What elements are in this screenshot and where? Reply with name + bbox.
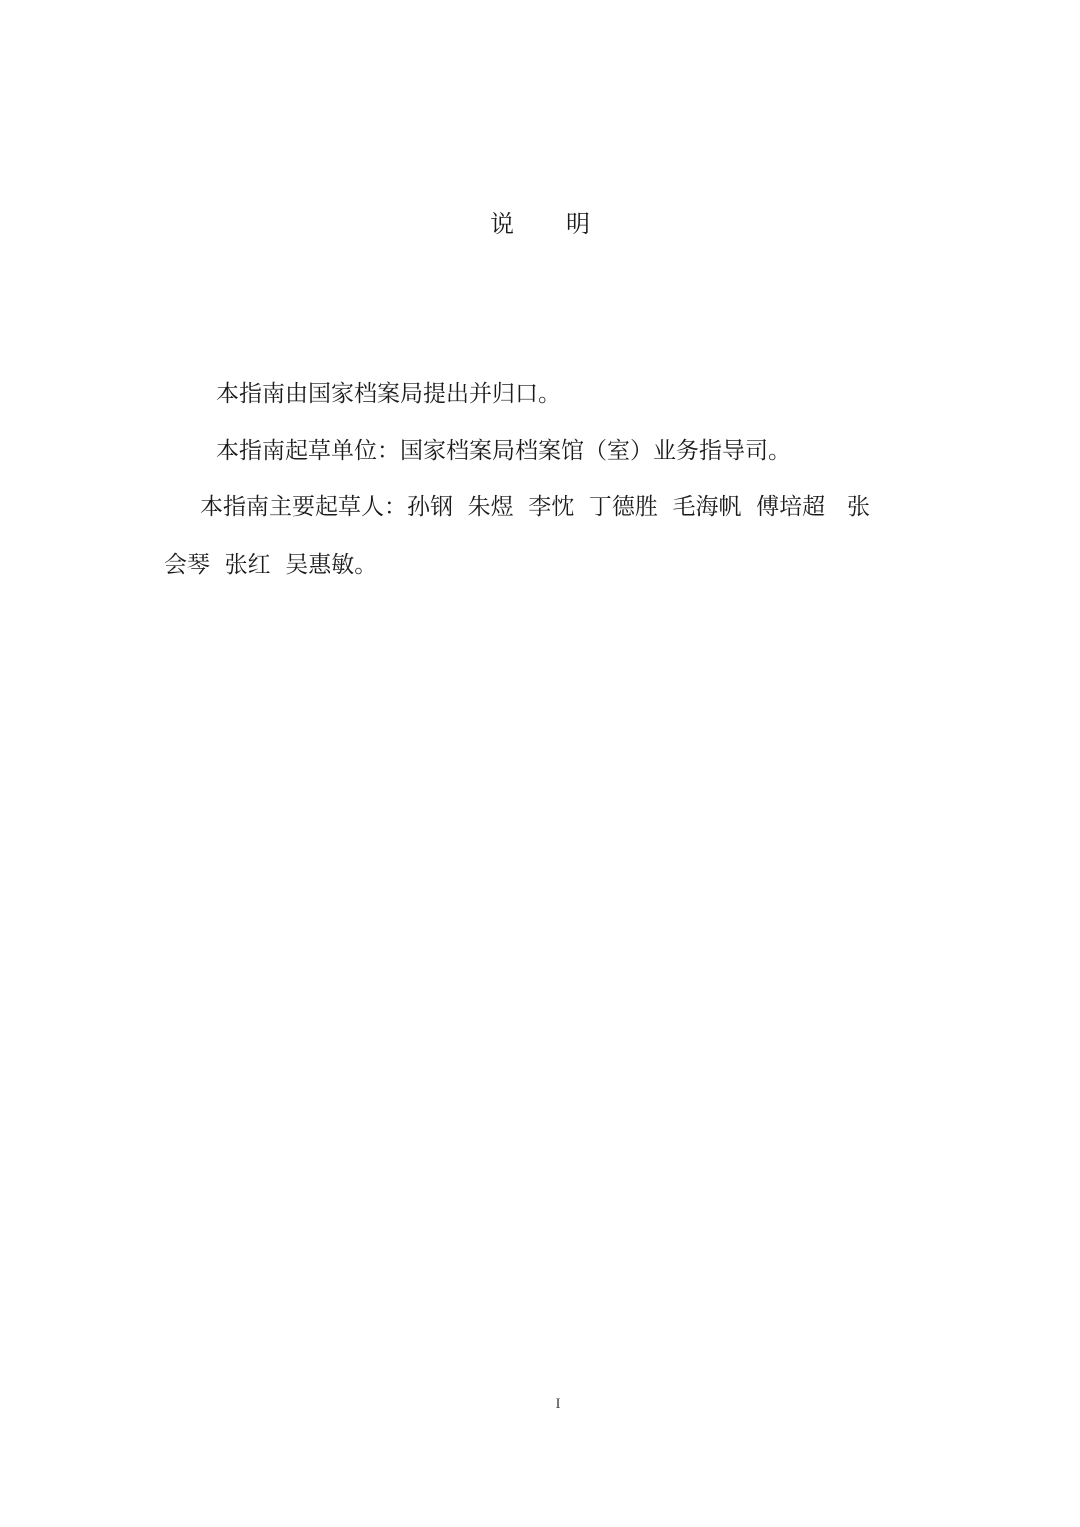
- paragraph-drafters-line-1: 本指南主要起草人：孙钢 朱煜 李忱 丁德胜 毛海帆 傅培超 张: [200, 491, 870, 523]
- document-page: 说明 本指南由国家档案局提出并归口。 本指南起草单位：国家档案局档案馆（室）业务…: [0, 0, 1080, 1527]
- page-number: I: [0, 1396, 1080, 1413]
- title-char-1: 说: [490, 206, 514, 242]
- paragraph-drafters-line-2: 会琴 张红 吴惠敏。: [164, 549, 377, 581]
- page-title: 说明: [0, 206, 1080, 242]
- title-char-2: 明: [566, 206, 590, 242]
- paragraph-proposer: 本指南由国家档案局提出并归口。: [216, 378, 561, 410]
- paragraph-drafting-unit: 本指南起草单位：国家档案局档案馆（室）业务指导司。: [216, 435, 791, 467]
